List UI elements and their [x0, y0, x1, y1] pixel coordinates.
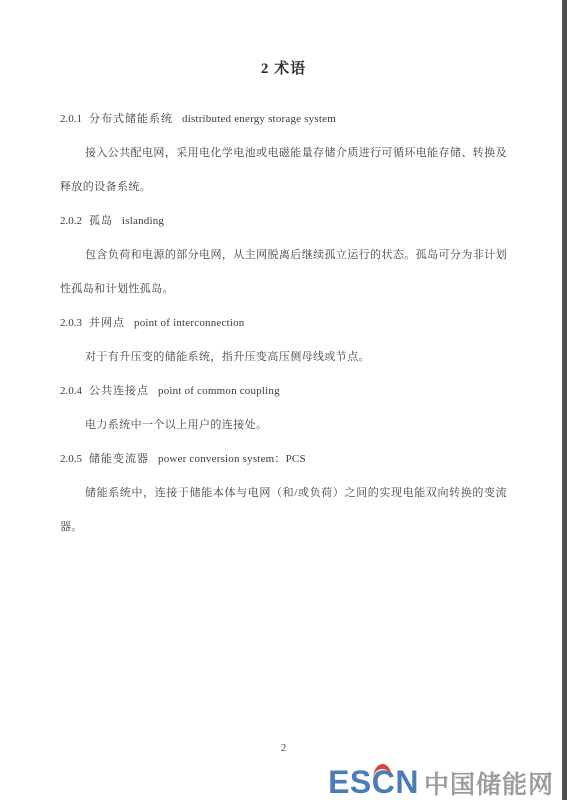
term-name-cn: 并网点	[89, 317, 125, 329]
term-name-en: point of interconnection	[134, 317, 245, 329]
scan-edge-strip	[562, 0, 567, 800]
term-entry: 2.0.2孤岛islanding 包含负荷和电源的部分电网，从主网脱离后继续孤立…	[60, 204, 507, 306]
term-heading: 2.0.4公共连接点point of common coupling	[60, 374, 507, 408]
term-entry: 2.0.4公共连接点point of common coupling 电力系统中…	[60, 374, 507, 442]
term-name-en: islanding	[122, 215, 164, 227]
term-entry: 2.0.1分布式储能系统distributed energy storage s…	[60, 102, 507, 204]
term-number: 2.0.2	[60, 215, 82, 227]
term-definition: 包含负荷和电源的部分电网，从主网脱离后继续孤立运行的状态。孤岛可分为非计划性孤岛…	[60, 238, 507, 306]
term-definition: 储能系统中，连接于储能本体与电网（和/或负荷）之间的实现电能双向转换的变流器。	[60, 476, 507, 544]
term-name-cn: 分布式储能系统	[89, 113, 173, 125]
term-name-en: point of common coupling	[158, 385, 280, 397]
term-number: 2.0.4	[60, 385, 82, 397]
term-number: 2.0.5	[60, 453, 82, 465]
term-entry: 2.0.3并网点point of interconnection 对于有升压变的…	[60, 306, 507, 374]
term-definition: 接入公共配电网，采用电化学电池或电磁能量存储介质进行可循环电能存储、转换及释放的…	[60, 136, 507, 204]
page-number: 2	[0, 742, 567, 754]
term-heading: 2.0.2孤岛islanding	[60, 204, 507, 238]
term-number: 2.0.3	[60, 317, 82, 329]
escn-logo-mark: ESCN	[328, 766, 419, 798]
term-name-cn: 储能变流器	[89, 453, 149, 465]
term-name-cn: 孤岛	[89, 215, 113, 227]
escn-watermark-logo: ESCN 中国储能网	[328, 766, 554, 798]
term-name-cn: 公共连接点	[89, 385, 149, 397]
term-definition: 对于有升压变的储能系统，指升压变高压侧母线或节点。	[60, 340, 507, 374]
site-name-text: 中国储能网	[424, 773, 554, 798]
term-heading: 2.0.3并网点point of interconnection	[60, 306, 507, 340]
term-name-en: distributed energy storage system	[182, 113, 336, 125]
term-heading: 2.0.5储能变流器power conversion system：PCS	[60, 442, 507, 476]
term-number: 2.0.1	[60, 113, 82, 125]
term-name-en: power conversion system：PCS	[158, 453, 306, 465]
escn-logo-text: ESCN	[328, 764, 419, 800]
term-entry: 2.0.5储能变流器power conversion system：PCS 储能…	[60, 442, 507, 544]
chapter-title: 2 术语	[60, 56, 507, 82]
term-definition: 电力系统中一个以上用户的连接处。	[60, 408, 507, 442]
document-page: 2 术语 2.0.1分布式储能系统distributed energy stor…	[0, 0, 567, 800]
page-content: 2 术语 2.0.1分布式储能系统distributed energy stor…	[60, 56, 507, 544]
term-heading: 2.0.1分布式储能系统distributed energy storage s…	[60, 102, 507, 136]
